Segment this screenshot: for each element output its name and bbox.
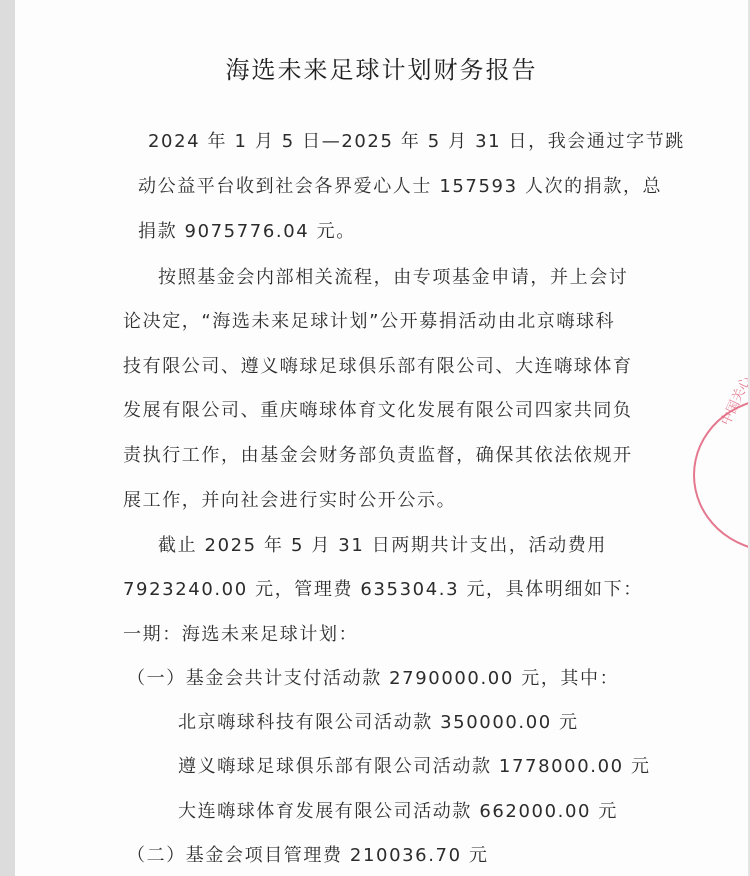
phase-1-heading: 一期：海选未来足球计划： (123, 620, 358, 646)
phase-1-subitem-zunyi: 遵义嗨球足球俱乐部有限公司活动款 1778000.00 元 (178, 752, 651, 778)
document-page: 海选未来足球计划财务报告 2024 年 1 月 5 日—2025 年 5 月 3… (15, 0, 748, 876)
phase-1-subitem-dalian: 大连嗨球体育发展有限公司活动款 662000.00 元 (178, 797, 618, 823)
paragraph-2-line-5: 责执行工作，由基金会财务部负责监督，确保其依法依规开 (123, 441, 633, 467)
paragraph-2-line-1: 按照基金会内部相关流程，由专项基金申请，并上会讨 (158, 263, 628, 289)
phase-1-subitem-beijing: 北京嗨球科技有限公司活动款 350000.00 元 (178, 708, 579, 734)
paragraph-1-line-1: 2024 年 1 月 5 日—2025 年 5 月 31 日，我会通过字节跳 (148, 127, 685, 153)
phase-1-item-2: （二）基金会项目管理费 210036.70 元 (127, 841, 489, 867)
report-title: 海选未来足球计划财务报告 (15, 50, 748, 85)
paragraph-3-line-2: 7923240.00 元，管理费 635304.3 元，具体明细如下： (123, 575, 643, 601)
paragraph-2-line-2: 论决定，“海选未来足球计划”公开募捐活动由北京嗨球科 (123, 307, 615, 333)
phase-1-item-1: （一）基金会共计支付活动款 2790000.00 元，其中： (127, 664, 619, 690)
paragraph-1-line-2: 动公益平台收到社会各界爱心人士 157593 人次的捐款，总 (138, 172, 662, 198)
paragraph-1-line-3: 捐款 9075776.04 元。 (138, 217, 356, 243)
paragraph-2-line-3: 技有限公司、遵义嗨球足球俱乐部有限公司、大连嗨球体育 (123, 352, 633, 378)
paragraph-3-line-1: 截止 2025 年 5 月 31 日两期共计支出，活动费用 (158, 531, 607, 557)
paragraph-2-line-4: 发展有限公司、重庆嗨球体育文化发展有限公司四家共同负 (123, 396, 633, 422)
paragraph-2-line-6: 展工作，并向社会进行实时公开公示。 (123, 486, 456, 512)
